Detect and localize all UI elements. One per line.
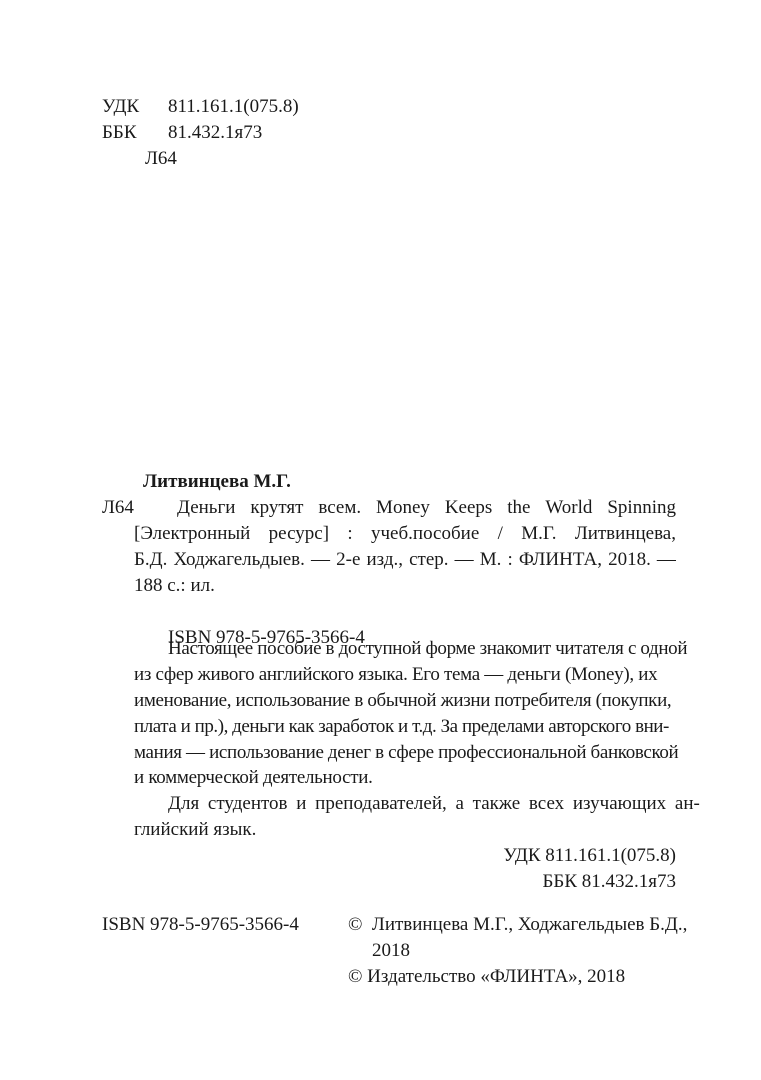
abstract-line-6: и коммерческой деятельности. — [134, 767, 373, 789]
bbk-value: 81.432.1я73 — [168, 122, 262, 143]
catalog-author: Литвинцева М.Г. — [143, 471, 291, 493]
abstract-line-1: Настоящее пособие в доступной форме знак… — [168, 638, 687, 660]
catalog-title-line-3: Б.Д. Ходжагельдыев. — 2-е изд., стер. — … — [134, 549, 676, 571]
audience-line-1: Для студентов и преподавателей, а также … — [168, 793, 700, 815]
copyright-authors: © Литвинцева М.Г., Ходжагельдыев Б.Д., — [348, 914, 687, 936]
udk-value: 811.161.1(075.8) — [168, 96, 299, 117]
copyright-authors-year: 2018 — [372, 940, 410, 962]
bbk-label: ББК — [102, 122, 168, 144]
copyright-publisher: © Издательство «ФЛИНТА», 2018 — [348, 966, 625, 988]
author-mark-top: Л64 — [145, 148, 177, 170]
udk-code-bottom: УДК 811.161.1(075.8) — [400, 845, 676, 867]
catalog-author-mark: Л64 — [102, 497, 134, 519]
udk-code-top: УДК811.161.1(075.8) — [102, 96, 299, 118]
bbk-code-top: ББК81.432.1я73 — [102, 122, 262, 144]
footer-isbn: ISBN 978-5-9765-3566-4 — [102, 914, 299, 936]
abstract-line-5: мания — использование денег в сфере проф… — [134, 742, 678, 764]
abstract-line-3: именование, использование в обычной жизн… — [134, 690, 671, 712]
catalog-title-line-1: Деньги крутят всем. Money Keeps the Worl… — [177, 497, 676, 519]
catalog-title-line-2: [Электронный ресурс] : учеб.пособие / М.… — [134, 523, 676, 545]
abstract-line-2: из сфер живого английского языка. Его те… — [134, 664, 657, 686]
catalog-pages: 188 с.: ил. — [134, 575, 215, 597]
bbk-code-bottom: ББК 81.432.1я73 — [400, 871, 676, 893]
udk-label: УДК — [102, 96, 168, 118]
abstract-line-4: плата и пр.), деньги как заработок и т.д… — [134, 716, 669, 738]
audience-line-2: глийский язык. — [134, 819, 256, 841]
